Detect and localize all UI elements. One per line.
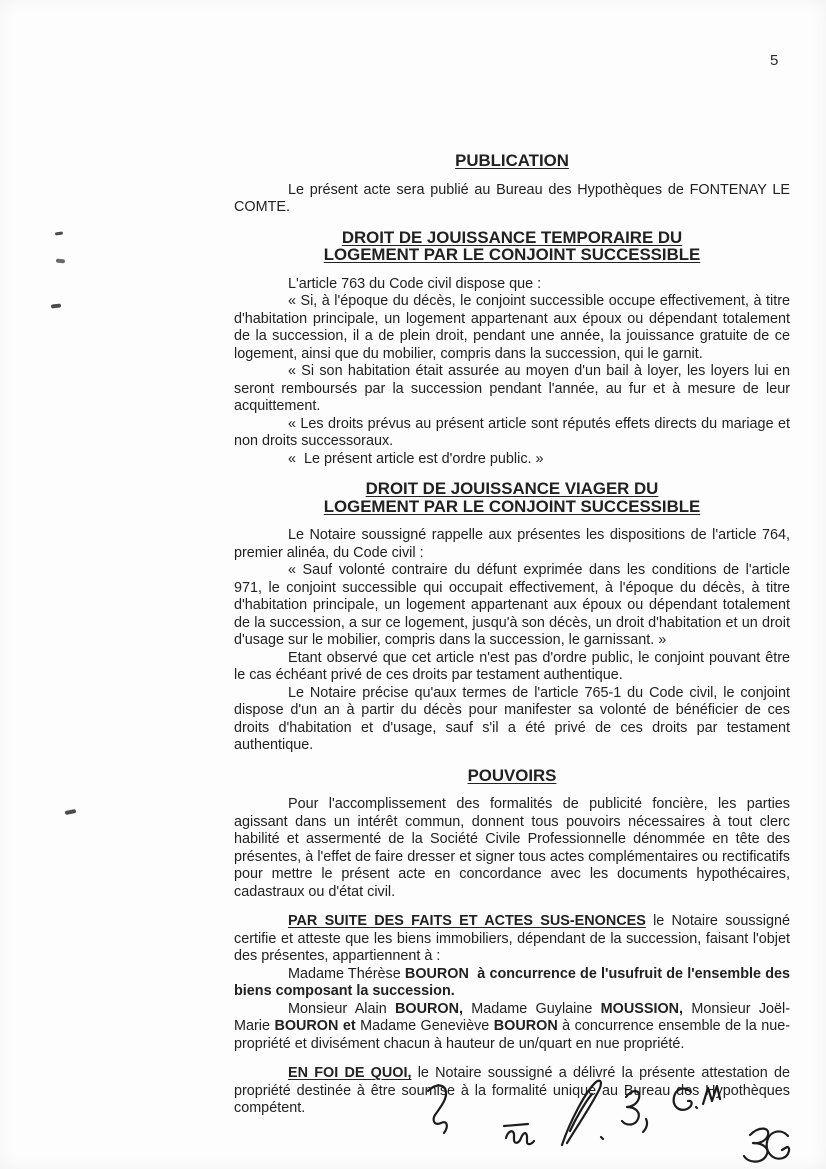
nue-name-bouron: BOURON,: [395, 1001, 463, 1017]
initial-b2: [744, 1129, 768, 1162]
scan-mark: [56, 259, 65, 264]
scan-mark: [65, 809, 77, 815]
document-body: PUBLICATION Le présent acte sera publié …: [234, 0, 790, 1118]
initial-g2: [767, 1131, 789, 1158]
attestation-intro-paragraph: PAR SUITE DES FAITS ET ACTES SUS-ENONCES…: [234, 913, 790, 966]
handwritten-initials: [400, 1075, 820, 1169]
initial-p-dot: [601, 1137, 603, 1139]
initial-flourish: [428, 1085, 447, 1133]
initial-p-inner: [570, 1094, 592, 1131]
initial-un: [506, 1131, 534, 1144]
nue-name-moussion: MOUSSION,: [601, 1001, 683, 1017]
scan-mark: [55, 231, 63, 235]
nue-name-bouron-2: BOURON et: [274, 1018, 355, 1034]
initial-b: [622, 1091, 639, 1124]
article-763-intro: L'article 763 du Code civil dispose que …: [234, 276, 790, 294]
article-763-quote-4: « Le présent article est d'ordre public.…: [234, 451, 790, 469]
article-764-paragraph-1: Le Notaire soussigné rappelle aux présen…: [234, 527, 790, 562]
heading-text: PUBLICATION: [234, 152, 790, 170]
initial-un-bar: [504, 1124, 528, 1126]
nue-seg: Madame Guylaine: [463, 1001, 601, 1017]
droit-temporaire-heading: DROIT DE JOUISSANCE TEMPORAIRE DU LOGEME…: [234, 229, 790, 264]
heading-line-1: DROIT DE JOUISSANCE VIAGER DU: [234, 480, 790, 498]
initial-m: [703, 1086, 720, 1104]
par-suite-inline-heading: PAR SUITE DES FAITS ET ACTES SUS-ENONCES: [288, 913, 646, 929]
publication-heading: PUBLICATION: [234, 152, 790, 170]
heading-text: POUVOIRS: [234, 767, 790, 785]
attestation-nue-propriete-paragraph: Monsieur Alain BOURON, Madame Guylaine M…: [234, 1001, 790, 1054]
initial-p: [562, 1081, 601, 1145]
pouvoirs-paragraph: Pour l'accomplissement des formalités de…: [234, 796, 790, 901]
initial-b-comma: [643, 1119, 647, 1132]
article-763-quote-3: « Les droits prévus au présent article s…: [234, 416, 790, 451]
article-764-paragraph-2: « Sauf volonté contraire du défunt expri…: [234, 562, 790, 650]
en-foi-de-quoi-inline-heading: EN FOI DE QUOI,: [288, 1065, 411, 1081]
heading-line-2: LOGEMENT PAR LE CONJOINT SUCCESSIBLE: [234, 246, 790, 264]
document-page: 5 PUBLICATION Le présent acte sera publi…: [0, 0, 826, 1169]
heading-line-1: DROIT DE JOUISSANCE TEMPORAIRE DU: [234, 229, 790, 247]
nue-seg: Monsieur Alain: [288, 1001, 395, 1017]
therese-name-prefix: Madame Thérèse: [288, 966, 405, 982]
initial-g: [674, 1089, 692, 1110]
article-764-paragraph-3: Etant observé que cet article n'est pas …: [234, 650, 790, 685]
nue-name-bouron-3: BOURON: [494, 1018, 558, 1034]
scan-mark: [51, 303, 61, 308]
nue-seg: Madame Geneviève: [356, 1018, 494, 1034]
publication-paragraph: Le présent acte sera publié au Bureau de…: [234, 182, 790, 217]
initial-g-dot: [696, 1107, 697, 1108]
droit-viager-heading: DROIT DE JOUISSANCE VIAGER DU LOGEMENT P…: [234, 480, 790, 515]
article-765-1-paragraph: Le Notaire précise qu'aux termes de l'ar…: [234, 685, 790, 755]
heading-line-2: LOGEMENT PAR LE CONJOINT SUCCESSIBLE: [234, 498, 790, 516]
attestation-therese-paragraph: Madame Thérèse BOURON à concurrence de l…: [234, 966, 790, 1001]
article-763-quote-2: « Si son habitation était assurée au moy…: [234, 363, 790, 416]
pouvoirs-heading: POUVOIRS: [234, 767, 790, 785]
article-763-quote-1: « Si, à l'époque du décès, le conjoint s…: [234, 293, 790, 363]
